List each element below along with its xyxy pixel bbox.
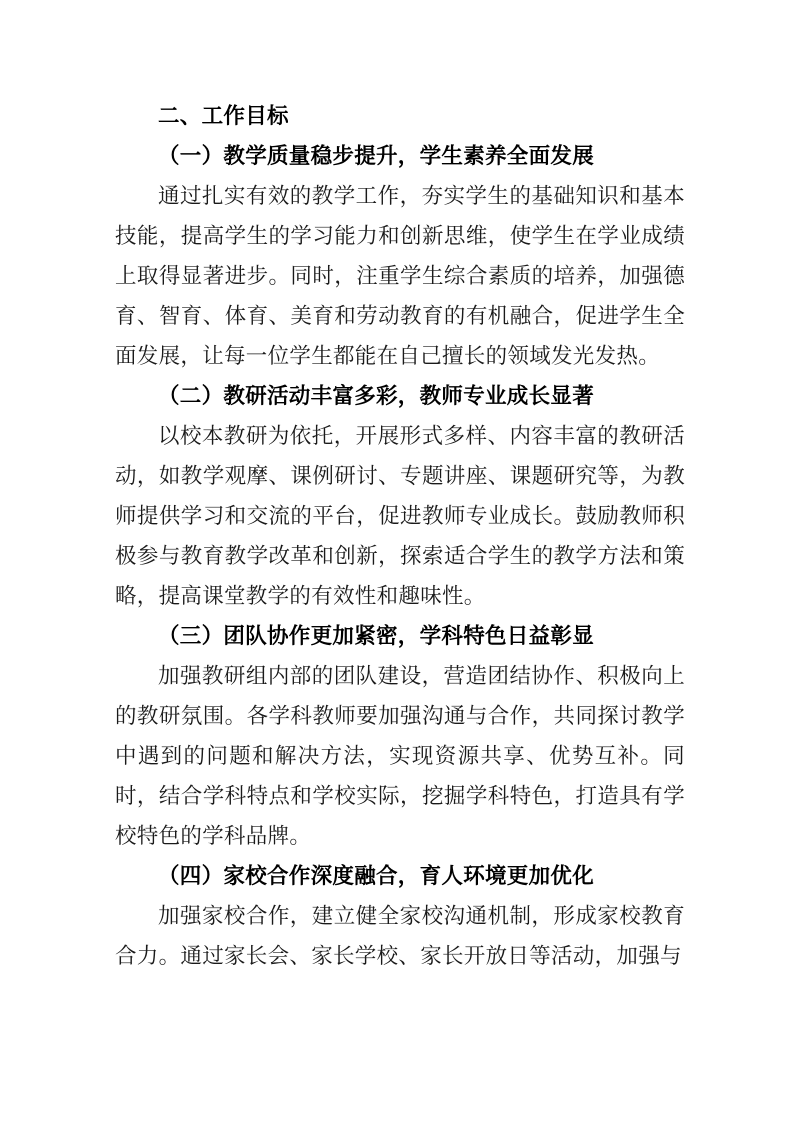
section-heading-work-goals: 二、工作目标 (115, 96, 685, 136)
section-heading-3: （三）团队协作更加紧密，学科特色日益彰显 (115, 616, 685, 656)
section-heading-4: （四）家校合作深度融合，育人环境更加优化 (115, 856, 685, 896)
section-paragraph-1: 通过扎实有效的教学工作，夯实学生的基础知识和基本技能，提高学生的学习能力和创新思… (115, 176, 685, 376)
section-paragraph-3: 加强教研组内部的团队建设，营造团结协作、积极向上的教研氛围。各学科教师要加强沟通… (115, 656, 685, 856)
document-content: 二、工作目标 （一）教学质量稳步提升，学生素养全面发展 通过扎实有效的教学工作，… (115, 96, 685, 976)
section-paragraph-2: 以校本教研为依托，开展形式多样、内容丰富的教研活动，如教学观摩、课例研讨、专题讲… (115, 416, 685, 616)
document-page: 二、工作目标 （一）教学质量稳步提升，学生素养全面发展 通过扎实有效的教学工作，… (0, 0, 793, 1122)
section-heading-1: （一）教学质量稳步提升，学生素养全面发展 (115, 136, 685, 176)
section-heading-2: （二）教研活动丰富多彩，教师专业成长显著 (115, 376, 685, 416)
section-paragraph-4: 加强家校合作，建立健全家校沟通机制，形成家校教育合力。通过家长会、家长学校、家长… (115, 896, 685, 976)
